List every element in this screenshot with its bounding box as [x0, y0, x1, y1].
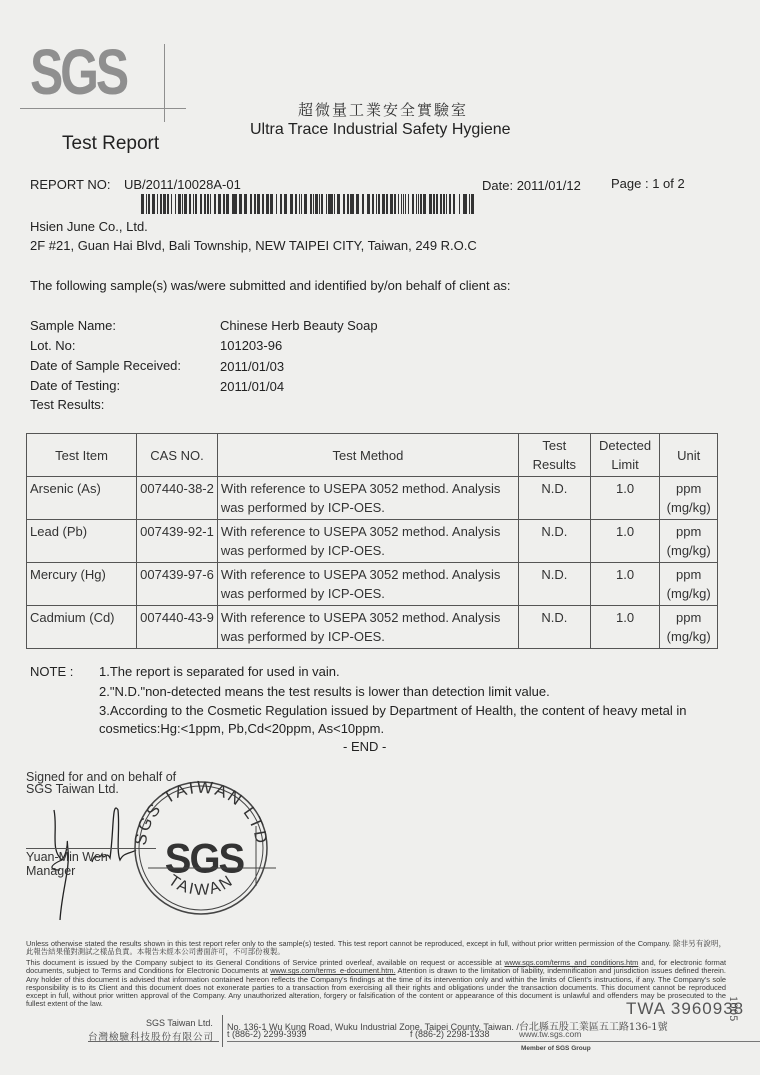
cell-cas-no: 007440-38-2: [137, 477, 218, 520]
page-indicator: Page : 1 of 2: [611, 176, 685, 191]
svg-text:SGS: SGS: [165, 835, 244, 882]
barcode-bar: [214, 194, 216, 214]
cell-detected-limit: 1.0: [590, 563, 660, 606]
cell-unit: ppm (mg/kg): [660, 520, 718, 563]
barcode-bar: [245, 194, 248, 214]
test-results-table: Test Item CAS NO. Test Method Test Resul…: [26, 433, 718, 649]
footer-company-english: SGS Taiwan Ltd.: [146, 1018, 213, 1028]
table-row: Cadmium (Cd) 007440-43-9 With reference …: [27, 606, 718, 649]
barcode-bar: [337, 194, 340, 214]
barcode-bar: [270, 194, 273, 214]
date-label: Date:: [482, 178, 513, 193]
barcode-bar: [405, 194, 406, 214]
barcode-bar: [464, 194, 467, 214]
barcode-bar: [304, 194, 307, 214]
barcode-bar: [398, 194, 400, 214]
report-no-label: REPORT NO:: [30, 177, 110, 192]
footer-rule: [227, 1041, 760, 1042]
test-results-label: Test Results:: [30, 397, 104, 412]
date-received-label: Date of Sample Received:: [30, 358, 181, 373]
cell-test-item: Arsenic (As): [27, 477, 137, 520]
barcode-bar: [235, 194, 238, 214]
barcode-bar: [171, 194, 172, 214]
barcode-bar: [195, 194, 197, 214]
barcode-bar: [394, 194, 396, 214]
barcode-bar: [334, 194, 335, 214]
date-testing-label: Date of Testing:: [30, 378, 120, 393]
cell-test-item: Lead (Pb): [27, 520, 137, 563]
table-row: Mercury (Hg) 007439-97-6 With reference …: [27, 563, 718, 606]
lot-no-value: 101203-96: [220, 338, 282, 353]
barcode-bar: [367, 194, 370, 214]
barcode-bar: [434, 194, 435, 214]
lot-no-label: Lot. No:: [30, 338, 76, 353]
barcode-bar: [205, 194, 206, 214]
cell-unit: ppm (mg/kg): [660, 606, 718, 649]
barcode-bar: [459, 194, 461, 214]
header-test-method: Test Method: [217, 434, 518, 477]
barcode-bar: [331, 194, 334, 214]
barcode: [140, 194, 476, 214]
cell-test-method: With reference to USEPA 3052 method. Ana…: [217, 477, 518, 520]
barcode-bar: [376, 194, 377, 214]
barcode-bar: [152, 194, 155, 214]
barcode-bar: [313, 194, 314, 214]
report-date: Date: 2011/01/12: [482, 178, 581, 193]
end-marker: - END -: [343, 739, 386, 754]
lab-name-english: Ultra Trace Industrial Safety Hygiene: [250, 121, 511, 139]
barcode-bar: [210, 194, 211, 214]
barcode-bar: [167, 194, 169, 214]
barcode-bar: [157, 194, 158, 214]
lab-name-chinese: 超微量工業安全實驗室: [298, 99, 468, 120]
cell-test-item: Cadmium (Cd): [27, 606, 137, 649]
signer-title: Manager: [26, 864, 75, 878]
table-header-row: Test Item CAS NO. Test Method Test Resul…: [27, 434, 718, 477]
barcode-bar: [420, 194, 422, 214]
barcode-bar: [343, 194, 345, 214]
barcode-bar: [262, 194, 265, 214]
note-3: 3.According to the Cosmetic Regulation i…: [99, 703, 687, 718]
note-label: NOTE :: [30, 664, 73, 679]
barcode-bar: [257, 194, 260, 214]
barcode-bar: [239, 194, 242, 214]
barcode-bar: [160, 194, 162, 214]
barcode-bar: [208, 194, 209, 214]
footer-company-underline: [88, 1041, 219, 1042]
barcode-bar: [412, 194, 414, 214]
barcode-bar: [164, 194, 166, 214]
barcode-bar: [250, 194, 252, 214]
barcode-bar: [284, 194, 287, 214]
client-name: Hsien June Co., Ltd.: [30, 219, 148, 234]
cell-cas-no: 007440-43-9: [137, 606, 218, 649]
sample-name-label: Sample Name:: [30, 318, 116, 333]
cell-test-item: Mercury (Hg): [27, 563, 137, 606]
barcode-bar: [423, 194, 426, 214]
barcode-bar: [207, 194, 208, 214]
cell-test-result: N.D.: [518, 520, 590, 563]
barcode-bar: [179, 194, 182, 214]
report-title: Test Report: [62, 133, 159, 155]
cell-unit: ppm (mg/kg): [660, 563, 718, 606]
barcode-bar: [281, 194, 282, 214]
barcode-bar: [382, 194, 385, 214]
barcode-bar: [430, 194, 433, 214]
barcode-bar: [254, 194, 256, 214]
barcode-bar: [223, 194, 226, 214]
barcode-bar: [141, 194, 144, 214]
barcode-bar: [403, 194, 404, 214]
barcode-bar: [378, 194, 380, 214]
barcode-bar: [390, 194, 393, 214]
cell-unit: ppm (mg/kg): [660, 477, 718, 520]
barcode-bar: [471, 194, 474, 214]
barcode-bar: [193, 194, 194, 214]
report-no-value: UB/2011/10028A-01: [124, 177, 241, 192]
barcode-bar: [319, 194, 321, 214]
barcode-bar: [189, 194, 192, 214]
barcode-bar: [226, 194, 229, 214]
barcode-bar: [351, 194, 354, 214]
barcode-bar: [443, 194, 445, 214]
sgs-logo: SGS: [30, 40, 126, 104]
cell-test-result: N.D.: [518, 606, 590, 649]
table-row: Arsenic (As) 007440-38-2 With reference …: [27, 477, 718, 520]
footer-member-of-group: Member of SGS Group: [521, 1045, 591, 1052]
barcode-bar: [356, 194, 359, 214]
cell-detected-limit: 1.0: [590, 477, 660, 520]
barcode-bar: [453, 194, 455, 214]
barcode-bar: [276, 194, 278, 214]
barcode-bar: [372, 194, 375, 214]
barcode-bar: [200, 194, 202, 214]
barcode-bar: [408, 194, 409, 214]
cell-cas-no: 007439-92-1: [137, 520, 218, 563]
sgs-taiwan-stamp-icon: SGS TAIWAN LTD TAIWAN SGS: [126, 776, 276, 916]
footer-separator: [222, 1015, 223, 1047]
note-2: 2."N.D."non-detected means the test resu…: [99, 684, 550, 699]
cell-test-result: N.D.: [518, 563, 590, 606]
barcode-bar: [146, 194, 147, 214]
barcode-bar: [449, 194, 451, 214]
cell-test-method: With reference to USEPA 3052 method. Ana…: [217, 520, 518, 563]
sample-name-value: Chinese Herb Beauty Soap: [220, 318, 378, 333]
barcode-bar: [446, 194, 447, 214]
footer-website-link[interactable]: www.tw.sgs.com: [519, 1029, 581, 1039]
side-form-number: 1005: [727, 996, 738, 1021]
note-1: 1.The report is separated for used in va…: [99, 664, 340, 679]
barcode-bar: [218, 194, 221, 214]
barcode-bar: [175, 194, 176, 214]
logo-crosshair-vertical: [164, 44, 165, 122]
intro-statement: The following sample(s) was/were submitt…: [30, 278, 511, 293]
barcode-bar: [310, 194, 313, 214]
barcode-bar: [440, 194, 443, 214]
barcode-bar: [418, 194, 420, 214]
barcode-bar: [416, 194, 417, 214]
logo-crosshair-horizontal: [20, 108, 186, 109]
header-unit: Unit: [660, 434, 718, 477]
barcode-bar: [436, 194, 438, 214]
date-value: 2011/01/12: [517, 178, 581, 193]
barcode-bar: [321, 194, 323, 214]
signer-name: Yuan-Min Wen: [26, 850, 108, 864]
barcode-bar: [315, 194, 318, 214]
cell-detected-limit: 1.0: [590, 520, 660, 563]
barcode-bar: [301, 194, 302, 214]
cell-test-result: N.D.: [518, 477, 590, 520]
barcode-bar: [184, 194, 187, 214]
barcode-bar: [362, 194, 365, 214]
disclaimer-paragraph-1: Unless otherwise stated the results show…: [26, 940, 726, 957]
barcode-bar: [347, 194, 349, 214]
date-received-value: 2011/01/03: [220, 359, 284, 374]
footer-fax: f (886-2) 2298-1338: [410, 1029, 490, 1039]
barcode-bar: [299, 194, 300, 214]
note-3-continued: cosmetics:Hg:<1ppm, Pb,Cd<20ppm, As<10pp…: [99, 721, 384, 736]
barcode-bar: [295, 194, 297, 214]
cell-test-method: With reference to USEPA 3052 method. Ana…: [217, 563, 518, 606]
header-test-results: Test Results: [518, 434, 590, 477]
cell-test-method: With reference to USEPA 3052 method. Ana…: [217, 606, 518, 649]
barcode-bar: [267, 194, 269, 214]
barcode-bar: [149, 194, 150, 214]
table-row: Lead (Pb) 007439-92-1 With reference to …: [27, 520, 718, 563]
cell-detected-limit: 1.0: [590, 606, 660, 649]
barcode-bar: [401, 194, 402, 214]
cell-cas-no: 007439-97-6: [137, 563, 218, 606]
barcode-bar: [469, 194, 470, 214]
disclaimer-paragraph-2: This document is issued by the Company s…: [26, 959, 726, 1009]
barcode-bar: [386, 194, 387, 214]
date-testing-value: 2011/01/04: [220, 379, 284, 394]
barcode-bar: [326, 194, 327, 214]
client-address: 2F #21, Guan Hai Blvd, Bali Township, NE…: [30, 238, 477, 253]
header-cas-no: CAS NO.: [137, 434, 218, 477]
footer-telephone: t (886-2) 2299-3939: [227, 1029, 307, 1039]
barcode-bar: [291, 194, 294, 214]
barcode-bar: [182, 194, 183, 214]
header-test-item: Test Item: [27, 434, 137, 477]
header-detected-limit: Detected Limit: [590, 434, 660, 477]
